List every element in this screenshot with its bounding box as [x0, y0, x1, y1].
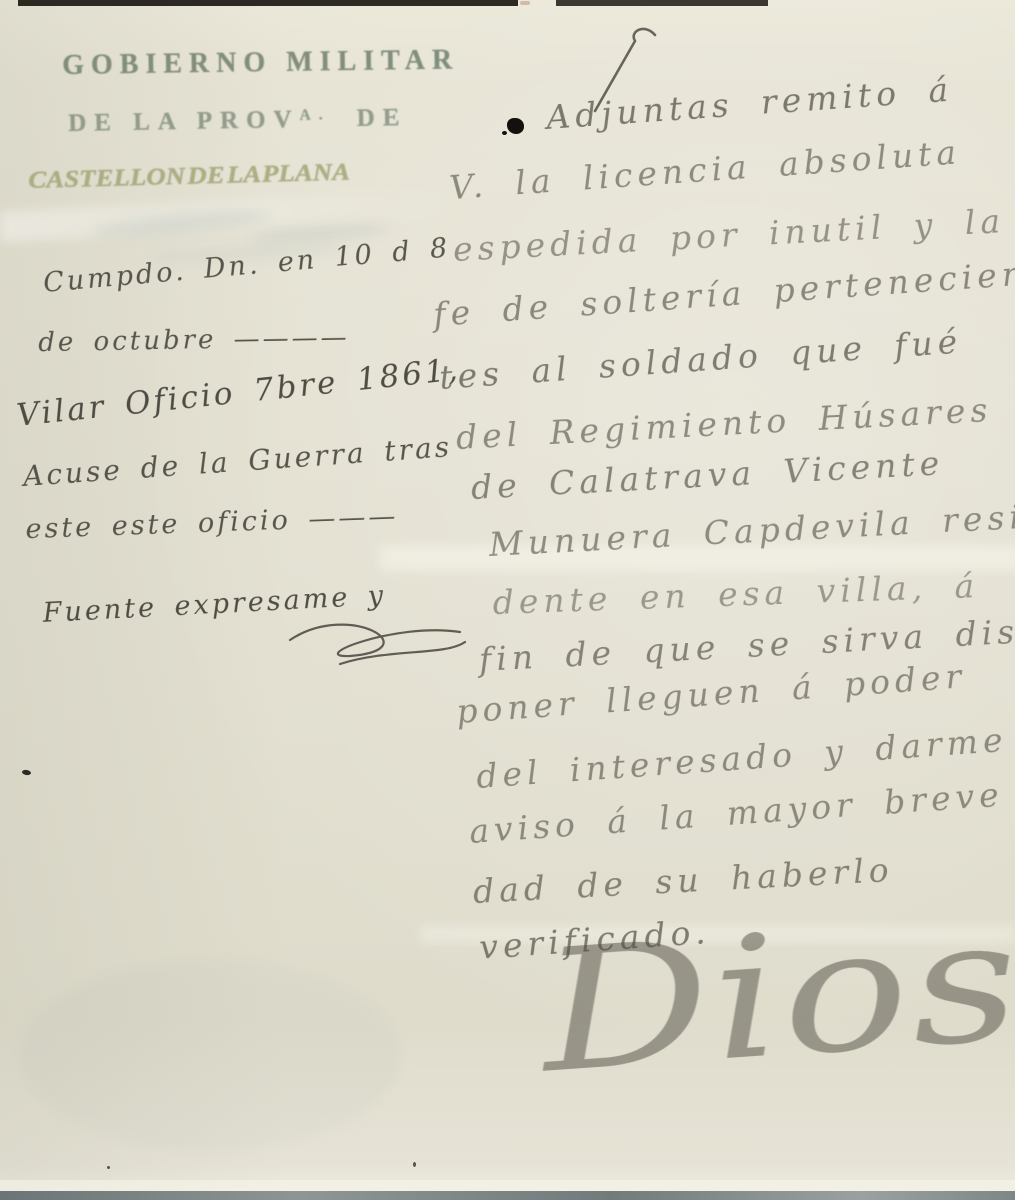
scan-edge-top	[18, 0, 518, 6]
signature-flourish: Dios	[535, 882, 1015, 1111]
scan-edge-bottom	[0, 1191, 1015, 1200]
body-line: de Calatrava Vicente	[470, 443, 945, 507]
scan-edge-top	[556, 0, 768, 6]
stamp-line-2-de: DE	[356, 104, 407, 132]
margin-note-line: Vilar Oficio 7bre 1861,	[15, 351, 462, 433]
margin-note-line: este este oficio ———	[25, 501, 399, 545]
body-line: espedida por inutil y la	[452, 201, 1006, 269]
stamp-line-3: CASTELLON DE LA PLANA	[28, 160, 350, 195]
rubric-flourish	[280, 598, 470, 678]
stamp-line-2: DE LA PROVA.DE	[68, 104, 408, 138]
ink-blot	[507, 118, 524, 134]
stamp-line-1: GOBIERNO MILITAR	[62, 44, 459, 82]
body-line: V. la licencia absoluta	[448, 132, 962, 207]
stamp-line-2-text: DE LA PROV	[68, 106, 300, 137]
ink-speck	[107, 1166, 110, 1169]
margin-note-line: Cumpdo. Dn. en 10 d 8	[42, 232, 451, 298]
stamp-superscript: A.	[299, 106, 330, 124]
body-line: dente en esa villa, á	[492, 566, 980, 622]
body-line: tes al soldado que fué	[438, 321, 963, 396]
scan-edge-top-speck	[520, 1, 530, 5]
ink-speck	[22, 769, 32, 775]
ink-speck	[413, 1162, 416, 1167]
ink-blot	[502, 131, 507, 135]
scanned-letter-page: GOBIERNO MILITAR DE LA PROVA.DE CASTELLO…	[0, 0, 1015, 1200]
bleedthrough-mark	[20, 960, 400, 1150]
margin-note-line: Acuse de la Guerra tras	[22, 430, 453, 493]
margin-note-line: de octubre ————	[38, 323, 350, 358]
